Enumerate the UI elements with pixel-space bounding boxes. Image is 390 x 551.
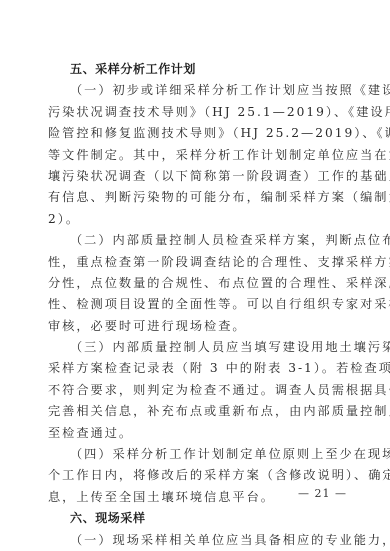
text-line: 污染状况调查技术导则》（HJ 25.1—2019）、《建设用地土壤污染风 [48,102,341,123]
text-line: 采样方案检查记录表（附 3 中的附表 3-1）。若检查项目中有任一项 [48,358,341,379]
text-line: 等文件制定。其中，采样分析工作计划制定单位应当在第一阶段土 [48,145,341,166]
page-number: — 21 — [298,487,347,500]
text-line: 壤污染状况调查（以下简称第一阶段调查）工作的基础上，核查已 [48,166,341,187]
paragraph-5-1: （一）初步或详细采样分析工作计划应当按照《建设用地土壤 污染状况调查技术导则》（… [48,80,341,230]
text-line: （一）现场采样相关单位应当具备相应的专业能力，应当按照 [48,530,341,551]
section-heading-6: 六、现场采样 [48,508,341,529]
paragraph-6-1: （一）现场采样相关单位应当具备相应的专业能力，应当按照 [48,530,341,551]
paragraph-5-2: （二）内部质量控制人员检查采样方案，判断点位布设的合理 性，重点检查第一阶段调查… [48,230,341,337]
text-line: （四）采样分析工作计划制定单位原则上至少在现场采样前 5 [48,444,341,465]
text-line: 分性，点位数量的合规性、布点位置的合理性、采样深度的科学 [48,273,341,294]
text-line: 有信息、判断污染物的可能分布，编制采样方案（编制大纲参见附 [48,187,341,208]
text-line: 完善相关信息，补充布点或重新布点，由内部质量控制人员复审直 [48,401,341,422]
text-line: 险管控和修复监测技术导则》（HJ 25.2—2019）、《调查评估指南》 [48,123,341,144]
text-line: （二）内部质量控制人员检查采样方案，判断点位布设的合理 [48,230,341,251]
text-line: 性、检测项目设置的全面性等。可以自行组织专家对采样方案进行 [48,294,341,315]
paragraph-5-3: （三）内部质量控制人员应当填写建设用地土壤污染状况调查 采样方案检查记录表（附 … [48,337,341,444]
text-line: 至检查通过。 [48,423,341,444]
text-line: 个工作日内，将修改后的采样方案（含修改说明）、确定的点位信 [48,465,341,486]
text-line: 2）。 [48,209,341,230]
text-line: （一）初步或详细采样分析工作计划应当按照《建设用地土壤 [48,80,341,101]
text-line: 审核，必要时可进行现场检查。 [48,316,341,337]
document-page: 五、采样分析工作计划 （一）初步或详细采样分析工作计划应当按照《建设用地土壤 污… [48,59,341,551]
text-line: （三）内部质量控制人员应当填写建设用地土壤污染状况调查 [48,337,341,358]
text-line: 不符合要求，则判定为检查不通过。调查人员需根据具体意见补充 [48,380,341,401]
text-line: 性，重点检查第一阶段调查结论的合理性、支撑采样方案制定的充 [48,252,341,273]
section-heading-5: 五、采样分析工作计划 [48,59,341,80]
